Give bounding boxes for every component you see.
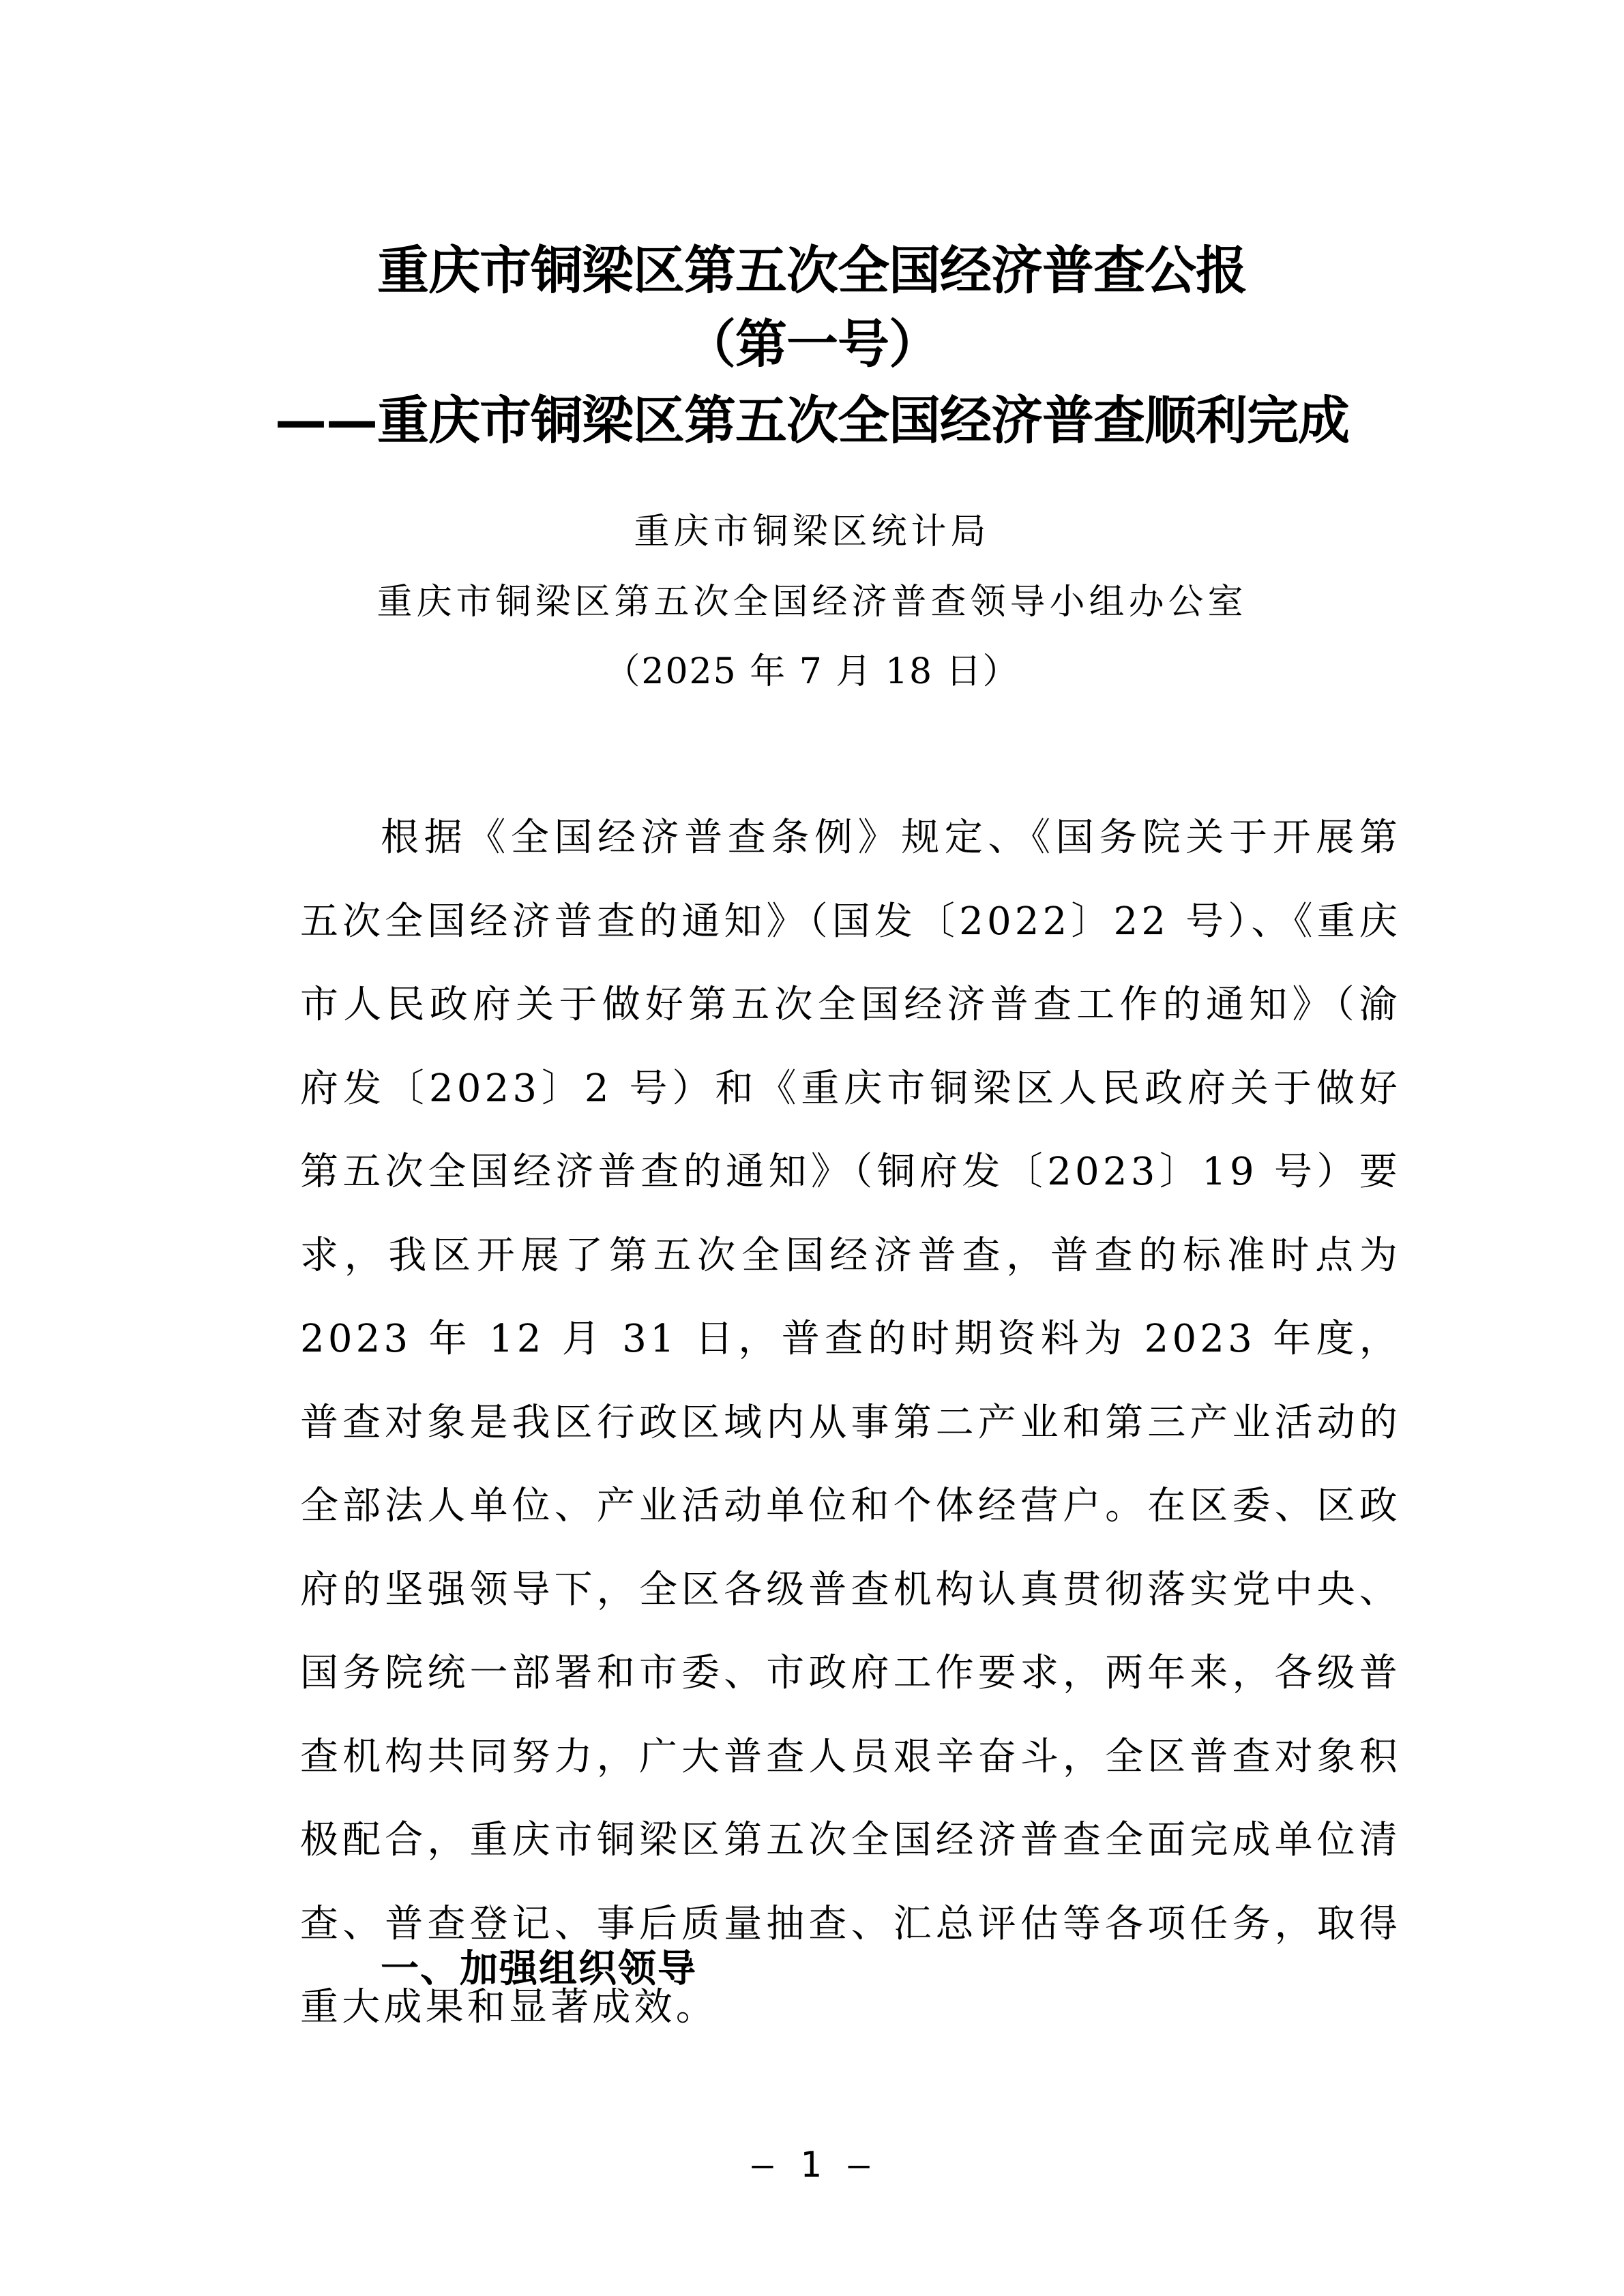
document-page: 重庆市铜梁区第五次全国经济普查公报 （第一号） ——重庆市铜梁区第五次全国经济普… xyxy=(0,0,1624,2296)
publication-date: （2025 年 7 月 18 日） xyxy=(0,648,1624,696)
body-paragraph: 根据《全国经济普查条例》规定、《国务院关于开展第五次全国经济普查的通知》（国发〔… xyxy=(300,796,1401,2050)
section-heading: 一、加强组织领导 xyxy=(300,1942,697,1997)
document-issue-number: （第一号） xyxy=(0,314,1624,375)
page-number: — 1 — xyxy=(0,2141,1624,2189)
document-title: 重庆市铜梁区第五次全国经济普查公报 xyxy=(0,240,1624,301)
issuer-statistics-bureau: 重庆市铜梁区统计局 xyxy=(0,508,1624,556)
document-subtitle: ——重庆市铜梁区第五次全国经济普查顺利完成 xyxy=(0,390,1624,451)
issuer-census-office: 重庆市铜梁区第五次全国经济普查领导小组办公室 xyxy=(0,578,1624,626)
